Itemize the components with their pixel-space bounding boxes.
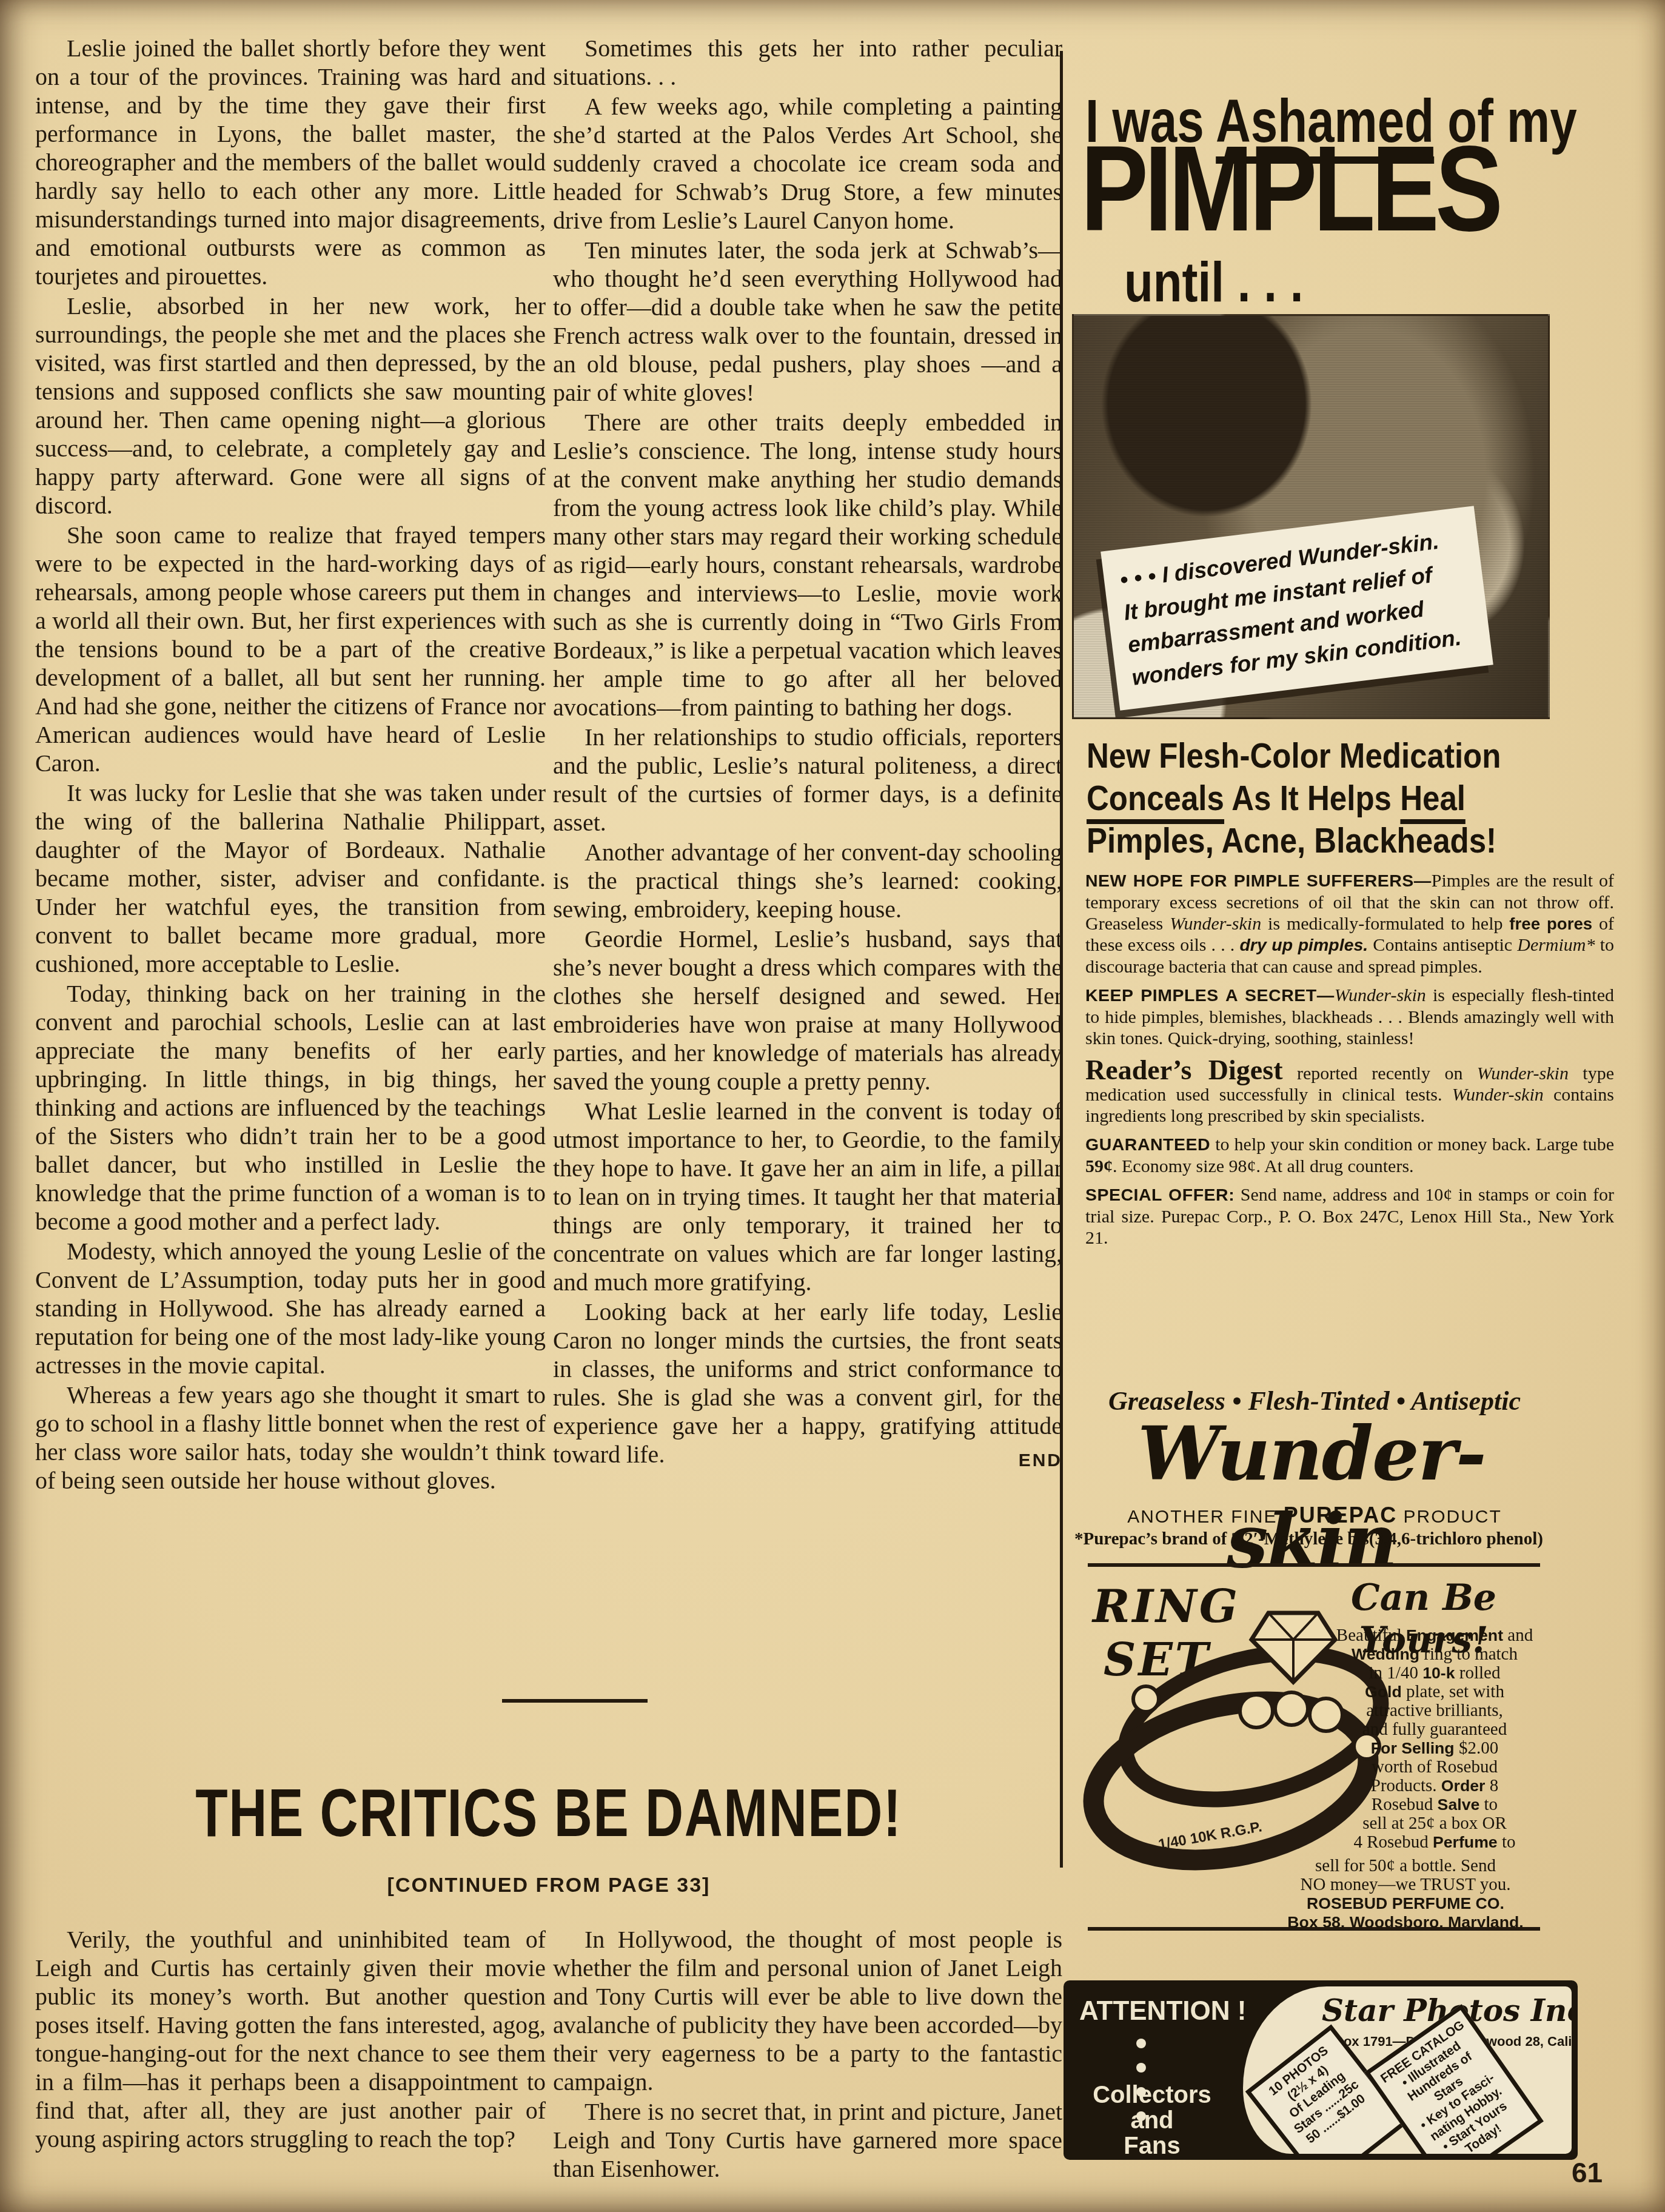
paragraph: Leslie joined the ballet shortly before … — [35, 34, 546, 290]
text-segment: dry up pimples. — [1239, 936, 1368, 955]
paragraph: There are other traits deeply embedded i… — [553, 408, 1062, 722]
star-attention-label: ATTENTION ! — [1079, 1996, 1246, 2026]
paragraph: NEW HOPE FOR PIMPLE SUFFERERS—Pimples ar… — [1085, 870, 1614, 977]
paragraph: There is no secret that, in print and pi… — [553, 2097, 1062, 2183]
section-divider-rule — [502, 1699, 648, 1703]
critics-article-header: THE CRITICS BE DAMNED! [CONTINUED FROM P… — [35, 1774, 1062, 1897]
magazine-page: Leslie joined the ballet shortly before … — [0, 0, 1665, 2212]
text-segment: Wunder-skin — [1170, 914, 1261, 934]
paragraph: Modesty, which annoyed the young Leslie … — [35, 1237, 546, 1379]
ad-photo-woman-profile: • • • I discovered Wunder-skin.It brough… — [1072, 314, 1550, 719]
text-segment: Heal — [1400, 779, 1466, 824]
text-segment: Wunder-skin — [1335, 985, 1426, 1005]
text-segment: free pores — [1509, 914, 1592, 933]
paragraph: Looking back at her early life today, Le… — [553, 1298, 1062, 1469]
ad-subheadline: New Flesh-Color MedicationConceals As It… — [1087, 735, 1558, 862]
text-segment: Engagement — [1406, 1626, 1503, 1644]
paragraph: What Leslie learned in the convent is to… — [553, 1097, 1062, 1296]
ad-body-copy: NEW HOPE FOR PIMPLE SUFFERERS—Pimples ar… — [1085, 870, 1614, 1256]
wunder-skin-advertisement: I was Ashamed of my PIMPLES until . . . … — [1066, 0, 1665, 2212]
paragraph: Reader’s Digest reported recently on Wun… — [1085, 1056, 1614, 1127]
ad-brand-wordmark: Wunder-skin — [1072, 1410, 1551, 1584]
text-segment: Salve — [1438, 1795, 1480, 1814]
ad-headline-pimples: PIMPLES — [1080, 129, 1579, 250]
paragraph: She soon came to realize that frayed tem… — [35, 521, 546, 777]
text-segment: Dermium* — [1517, 935, 1595, 955]
paragraph: Whereas a few years ago she thought it s… — [35, 1381, 546, 1495]
ring-offer-copy: Beautiful Engagement andWedding ring to … — [1316, 1626, 1553, 1852]
paragraph: Leslie, absorbed in her new work, her su… — [35, 292, 546, 520]
text-segment: 10-k — [1422, 1664, 1455, 1682]
article-leslie-middle-column: Sometimes this gets her into rather pecu… — [553, 34, 1062, 1475]
star-photos-advertisement: ATTENTION ! CollectorsandFans Star Photo… — [1064, 1980, 1578, 2160]
ad-headline-until: until . . . — [1124, 255, 1335, 310]
paragraph: In her relationships to studio officials… — [553, 723, 1062, 837]
text-segment: ROSEBUD PERFUME CO. — [1307, 1894, 1504, 1912]
text-segment: SPECIAL OFFER: — [1085, 1185, 1235, 1205]
paragraph: Verily, the youthful and uninhibited tea… — [35, 1925, 546, 2153]
paragraph: It was lucky for Leslie that she was tak… — [35, 779, 546, 978]
ad-headline-pimples-text: PIMPLES — [1080, 129, 1499, 250]
text-segment: For Selling — [1371, 1739, 1455, 1757]
paragraph: Sometimes this gets her into rather pecu… — [553, 34, 1062, 91]
paragraph: Another advantage of her convent-day sch… — [553, 838, 1062, 923]
text-segment: END — [987, 1446, 1062, 1475]
text-segment: Wedding — [1352, 1645, 1419, 1663]
text-segment: NEW HOPE FOR PIMPLE SUFFERERS— — [1085, 871, 1432, 891]
paragraph: Geordie Hormel, Leslie’s husband, says t… — [553, 925, 1062, 1096]
ad-photo-caption-card: • • • I discovered Wunder-skin.It brough… — [1101, 506, 1493, 711]
critics-left-column: Verily, the youthful and uninhibited tea… — [35, 1925, 546, 2204]
text-segment: GUARANTEED — [1085, 1135, 1210, 1155]
text-segment: PUREPAC — [1284, 1503, 1397, 1527]
text-segment: Gold — [1365, 1683, 1402, 1701]
paragraph: A few weeks ago, while completing a pain… — [553, 92, 1062, 235]
paragraph: Today, thinking back on her training in … — [35, 979, 546, 1236]
ad-purepac-line: ANOTHER FINE PUREPAC PRODUCT — [1084, 1503, 1545, 1528]
ad-divider-rule-2 — [1088, 1927, 1540, 1931]
text-segment: KEEP PIMPLES A SECRET— — [1085, 986, 1335, 1005]
critics-title-text: THE CRITICS BE DAMNED! — [195, 1774, 902, 1852]
text-segment: Reader’s Digest — [1085, 1054, 1282, 1085]
star-collectors-label: CollectorsandFans — [1067, 2082, 1237, 2159]
text-segment: Order — [1441, 1777, 1486, 1795]
text-segment: Wunder-skin — [1452, 1085, 1544, 1105]
article-leslie-left-column: Leslie joined the ballet shortly before … — [35, 34, 546, 1496]
ring-offer-footer: sell for 50¢ a bottle. SendNO money—we T… — [1266, 1857, 1545, 1932]
paragraph: KEEP PIMPLES A SECRET—Wunder-skin is esp… — [1085, 985, 1614, 1049]
text-segment: Perfume — [1433, 1833, 1498, 1851]
text-segment: Conceals — [1087, 779, 1224, 824]
page-number: 61 — [1572, 2156, 1603, 2189]
text-segment: Wunder-skin — [1477, 1064, 1569, 1084]
paragraph: Ten minutes later, the soda jerk at Schw… — [553, 236, 1062, 407]
ad-subheadline-text: New Flesh-Color MedicationConceals As It… — [1087, 735, 1501, 862]
paragraph: In Hollywood, the thought of most people… — [553, 1925, 1062, 2096]
star-photos-panel: Star Photos Inc. Box 1791—Dept. 7 Hollyw… — [1243, 1986, 1572, 2154]
text-segment: 59¢ — [1085, 1156, 1113, 1176]
ad-divider-rule-1 — [1088, 1563, 1540, 1567]
paragraph: SPECIAL OFFER: Send name, address and 10… — [1085, 1184, 1614, 1248]
critics-continued-note: [CONTINUED FROM PAGE 33] — [35, 1874, 1062, 1897]
ad-column-rule — [1060, 51, 1063, 1868]
ad-headline-until-text: until . . . — [1124, 255, 1303, 310]
critics-article-title: THE CRITICS BE DAMNED! — [35, 1774, 1062, 1852]
ad-footnote: *Purepac’s brand of 2,2′-Methylene bis(3… — [1074, 1529, 1553, 1549]
paragraph: GUARANTEED to help your skin condition o… — [1085, 1134, 1614, 1177]
critics-middle-column: In Hollywood, the thought of most people… — [553, 1925, 1062, 2204]
